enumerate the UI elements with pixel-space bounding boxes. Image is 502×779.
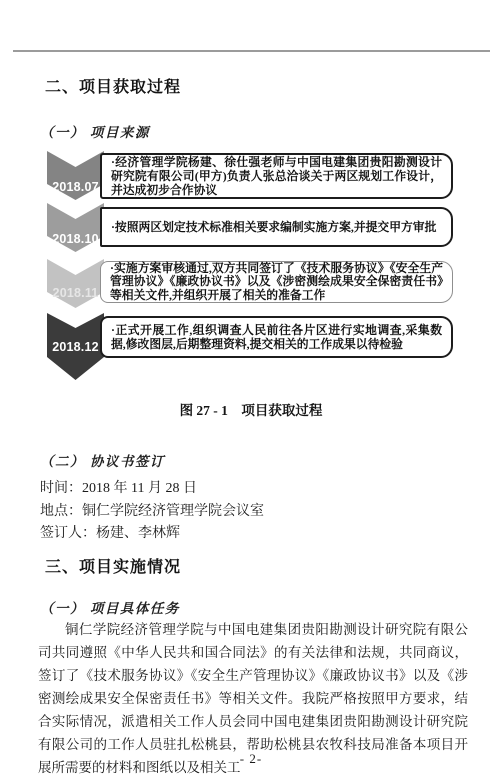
timeline-item-text: ·按照两区划定技术标准相关要求编制实施方案,并提交甲方审批 [111, 220, 436, 234]
section-2-heading: 二、项目获取过程 [45, 74, 181, 97]
subsection-project-source-heading: （一） 项目来源 [40, 121, 150, 141]
agreement-time-line: 时间：2018 年 11 月 28 日 [40, 478, 264, 501]
subsection-agreement-heading: （二） 协议书签订 [40, 450, 165, 470]
timeline-item-text-box: ·按照两区划定技术标准相关要求编制实施方案,并提交甲方审批 [100, 207, 453, 247]
timeline-diagram: 2018.07 2018.10 2018.11 2018.12 ·经济管理学院杨… [45, 150, 457, 392]
chevron-down-icon [47, 259, 104, 308]
timeline-item-text: ·正式开展工作,组织调查人民前往各片区进行实地调查,采集数据,修改图层,后期整理… [111, 323, 442, 351]
timeline-date-2018-07: 2018.07 [45, 180, 106, 194]
timeline-item-text: ·实施方案审核通过,双方共同签订了《技术服务协议》《安全生产管理协议》《廉政协议… [110, 262, 443, 302]
agreement-place-line: 地点：铜仁学院经济管理学院会议室 [40, 501, 264, 524]
timeline-date-2018-11: 2018.11 [45, 286, 106, 300]
figure-caption: 图 27 - 1 项目获取过程 [0, 399, 502, 419]
header-rule [13, 50, 490, 52]
timeline-item-text-box: ·实施方案审核通过,双方共同签订了《技术服务协议》《安全生产管理协议》《廉政协议… [100, 261, 453, 303]
page-number: - 2- [0, 751, 502, 767]
subsection-task-heading: （一） 项目具体任务 [40, 597, 180, 617]
document-page: 二、项目获取过程 （一） 项目来源 2018.07 2018.10 2018.1… [0, 0, 502, 779]
agreement-signers-line: 签订人：杨建、李林辉 [40, 523, 264, 546]
timeline-date-2018-12: 2018.12 [45, 340, 106, 354]
agreement-info: 时间：2018 年 11 月 28 日 地点：铜仁学院经济管理学院会议室 签订人… [40, 478, 264, 546]
timeline-item-text-box: ·经济管理学院杨建、徐仕强老师与中国电建集团贵阳勘测设计研究院有限公司(甲方)负… [100, 153, 453, 199]
timeline-item-text: ·经济管理学院杨建、徐仕强老师与中国电建集团贵阳勘测设计研究院有限公司(甲方)负… [111, 155, 442, 197]
timeline-item-text-box: ·正式开展工作,组织调查人民前往各片区进行实地调查,采集数据,修改图层,后期整理… [100, 316, 453, 358]
timeline-date-2018-10: 2018.10 [45, 232, 106, 246]
section-3-heading: 三、项目实施情况 [45, 554, 181, 577]
